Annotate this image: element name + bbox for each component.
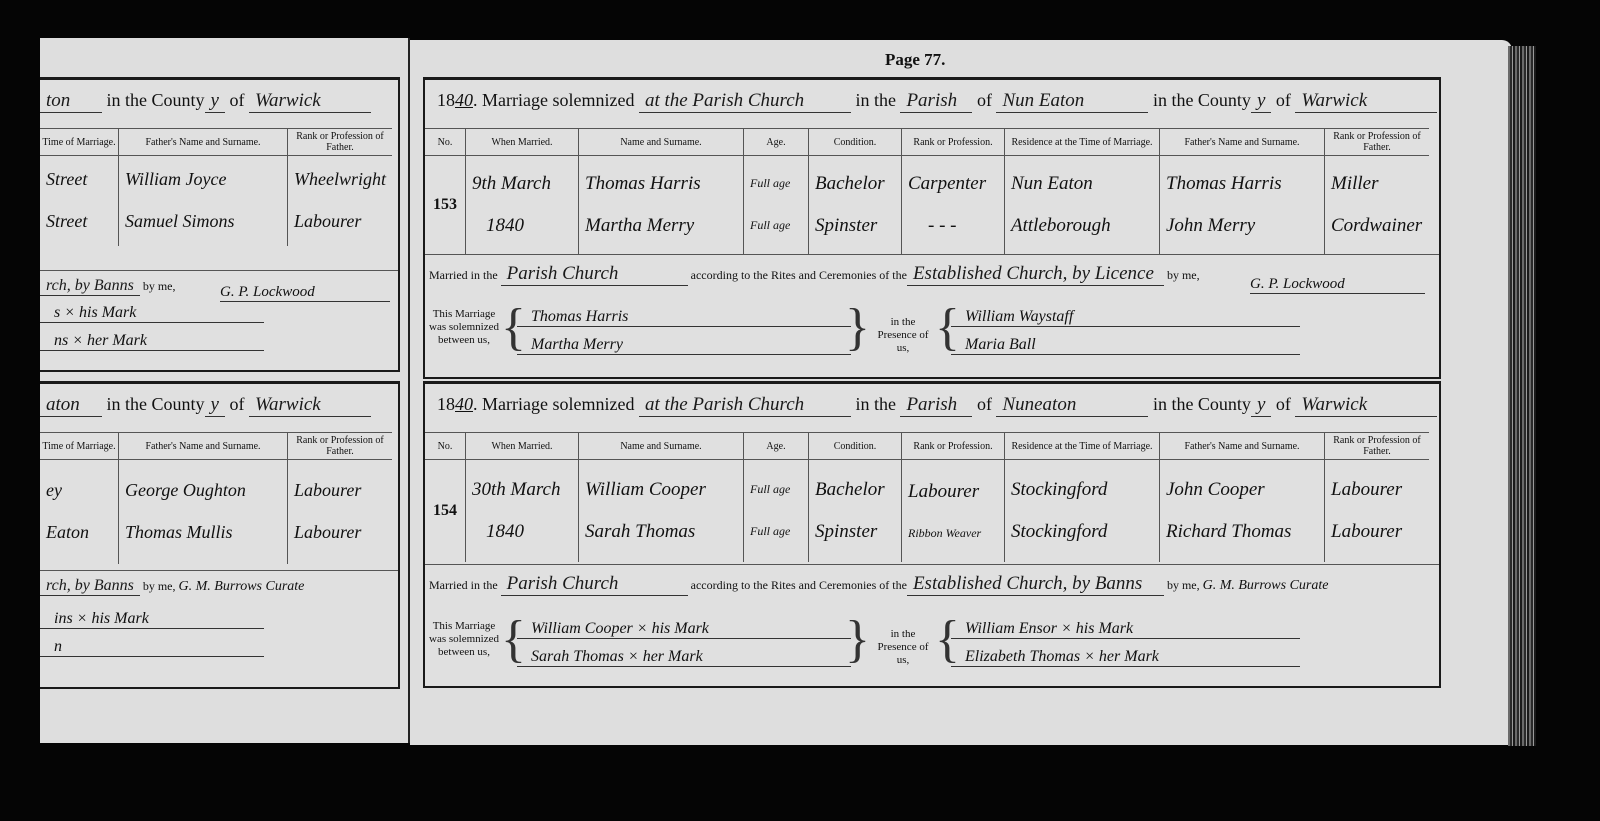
rites-line: rch, by Banns by me, G. M. Burrows Curat… bbox=[40, 570, 398, 596]
rites-line: Married in the Parish Church according t… bbox=[425, 564, 1439, 596]
brace-icon: } bbox=[845, 302, 870, 354]
table-row: 153 9th March1840 Thomas HarrisMartha Me… bbox=[425, 156, 1429, 254]
entry-header: 1840. Marriage solemnized at the Parish … bbox=[437, 394, 1437, 417]
party-signature: Martha Merry bbox=[517, 336, 851, 355]
in-presence-label: in the Presence of us, bbox=[877, 316, 929, 355]
party-signature: William Cooper × his Mark bbox=[517, 620, 851, 639]
marriage-entry-153: 1840. Marriage solemnized at the Parish … bbox=[423, 77, 1441, 379]
minister-signature: G. P. Lockwood bbox=[220, 284, 390, 302]
register-table: Time of Marriage. Father's Name and Surn… bbox=[40, 128, 392, 246]
witness-signature: William Ensor × his Mark bbox=[951, 620, 1300, 639]
minister-signature: G. P. Lockwood bbox=[1250, 276, 1425, 294]
party-signature: Thomas Harris bbox=[517, 308, 851, 327]
register-table: Time of Marriage. Father's Name and Surn… bbox=[40, 432, 392, 564]
left-entry-2: aton in the Countyy of Warwick Time of M… bbox=[40, 381, 400, 689]
witness-signature: William Waystaff bbox=[951, 308, 1300, 327]
left-entry-1: ton in the Countyy of Warwick Time of Ma… bbox=[40, 77, 400, 372]
register-table: No. When Married. Name and Surname. Age.… bbox=[425, 128, 1429, 254]
in-presence-label: in the Presence of us, bbox=[877, 628, 929, 667]
entry-header: 1840. Marriage solemnized at the Parish … bbox=[437, 90, 1437, 113]
party-signature: ins × his Mark bbox=[40, 610, 264, 629]
book-page-edges bbox=[1508, 46, 1536, 746]
party-signature: ns × her Mark bbox=[40, 332, 264, 351]
register-table: No. When Married. Name and Surname. Age.… bbox=[425, 432, 1429, 562]
this-marriage-label: This Marriage was solemnized between us, bbox=[429, 308, 499, 347]
this-marriage-label: This Marriage was solemnized between us, bbox=[429, 620, 499, 659]
entry-header: aton in the Countyy of Warwick bbox=[40, 394, 371, 417]
marriage-entry-154: 1840. Marriage solemnized at the Parish … bbox=[423, 381, 1441, 688]
entry-header: ton in the Countyy of Warwick bbox=[40, 90, 371, 113]
party-signature: n bbox=[40, 638, 264, 657]
witness-signature: Maria Ball bbox=[951, 336, 1300, 355]
party-signature: Sarah Thomas × her Mark bbox=[517, 648, 851, 667]
witness-signature: Elizabeth Thomas × her Mark bbox=[951, 648, 1300, 667]
page-number: Page 77. bbox=[885, 50, 945, 70]
brace-icon: } bbox=[845, 614, 870, 666]
table-row: 154 30th March1840 William CooperSarah T… bbox=[425, 460, 1429, 562]
party-signature: s × his Mark bbox=[40, 304, 264, 323]
minister-signature: G. M. Burrows Curate bbox=[1203, 578, 1329, 593]
minister-signature: G. M. Burrows Curate bbox=[179, 579, 305, 594]
